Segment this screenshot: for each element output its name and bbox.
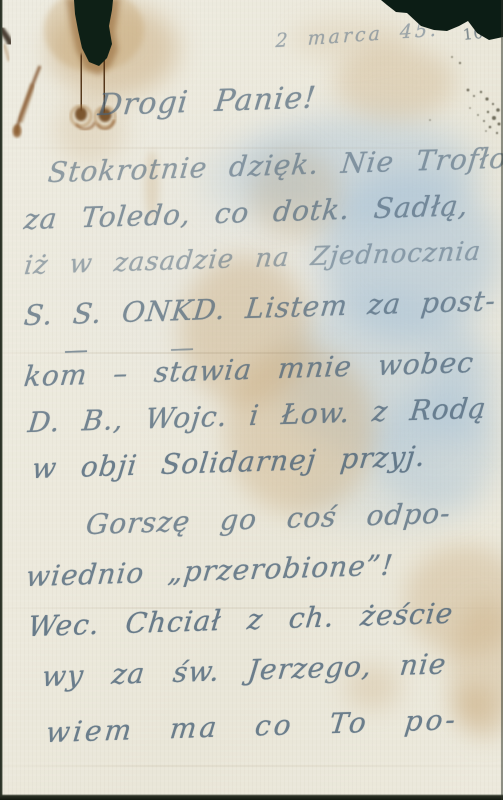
tan-stain	[335, 45, 455, 120]
handwriting-line: Stokrotnie dzięk. Nie Trofło	[46, 142, 503, 190]
handwriting-line: D. B., Wojc. i Łow. z Rodą	[26, 392, 488, 440]
page-number-annotation: 10.	[462, 23, 491, 44]
date-line: 2 marca 45.	[275, 19, 439, 53]
handwriting-line: Wec. Chciał z ch. żeście	[26, 597, 455, 643]
handwriting-line: za Toledo, co dotk. Sadłą,	[22, 189, 470, 236]
handwriting-line: w obji Solidarnej przyj.	[30, 440, 427, 485]
tan-stain	[48, 2, 178, 97]
handwriting-line: iż w zasadzie na Zjednocznia	[23, 237, 483, 281]
handwriting-line: wiem ma co To po-	[44, 703, 459, 749]
tan-stain	[455, 685, 495, 725]
handwriting-line: S. S. ONKD. Listem za post-	[22, 284, 497, 332]
handwriting-line: wy za św. Jerzego, nie	[40, 647, 448, 693]
handwriting-line: wiednio „przerobione”!	[24, 548, 395, 593]
scan-edge-bottom	[0, 794, 503, 800]
handwriting-line: Gorszę go coś odpo-	[84, 497, 452, 542]
fold-crease	[0, 765, 503, 767]
handwriting-line: kom – stawia mnie wobec	[22, 346, 475, 393]
torn-corner-top-left	[74, 0, 113, 66]
salutation-line: Drogi Panie!	[96, 80, 318, 123]
speckle-cluster	[429, 56, 500, 134]
scan-edge-left	[0, 0, 3, 800]
letter-scan: 2 marca 45. 10. Drogi Panie! Stokrotnie …	[0, 0, 503, 800]
